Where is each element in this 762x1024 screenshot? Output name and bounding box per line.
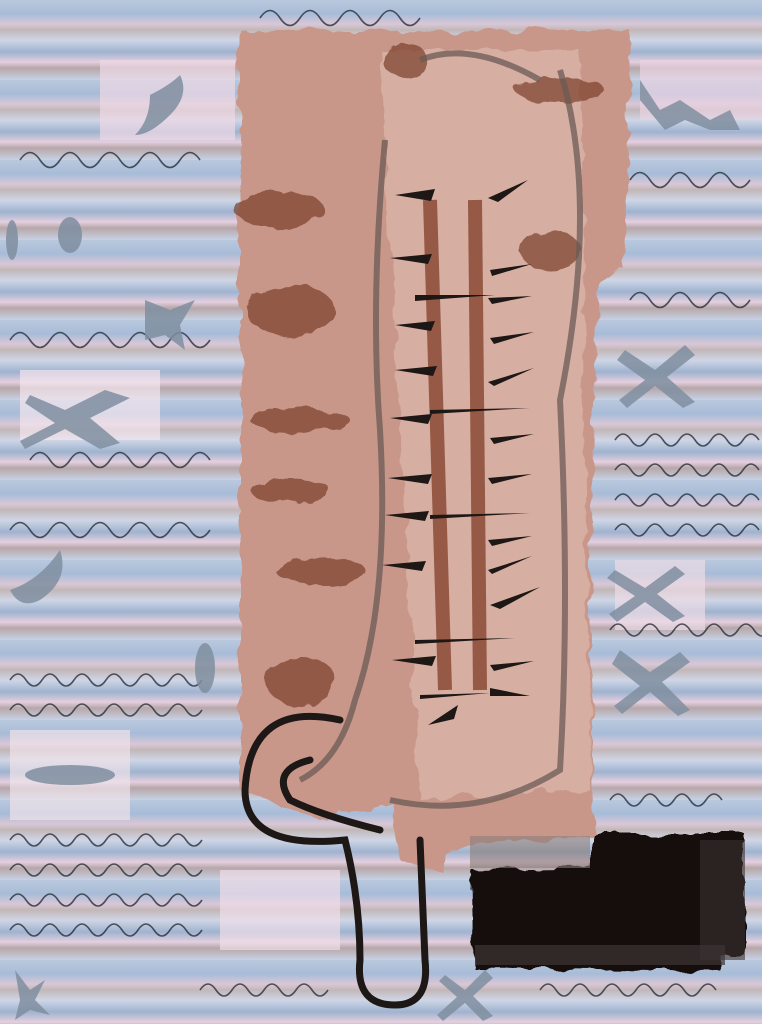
x-stamp-icon — [437, 970, 493, 1021]
dash-stamp-icon — [25, 765, 115, 785]
bird-stamp-icon — [15, 970, 50, 1020]
x-stamp-icon — [612, 650, 690, 716]
black-block — [470, 834, 745, 970]
painting-layer — [0, 0, 762, 1024]
x-stamp-icon — [617, 345, 695, 408]
leaf-stamp-icon — [58, 217, 82, 253]
leaf-stamp-icon — [195, 643, 215, 693]
bird-stamp-icon — [10, 550, 63, 603]
leaf-stamp-icon — [6, 220, 18, 260]
artwork-canvas — [0, 0, 762, 1024]
